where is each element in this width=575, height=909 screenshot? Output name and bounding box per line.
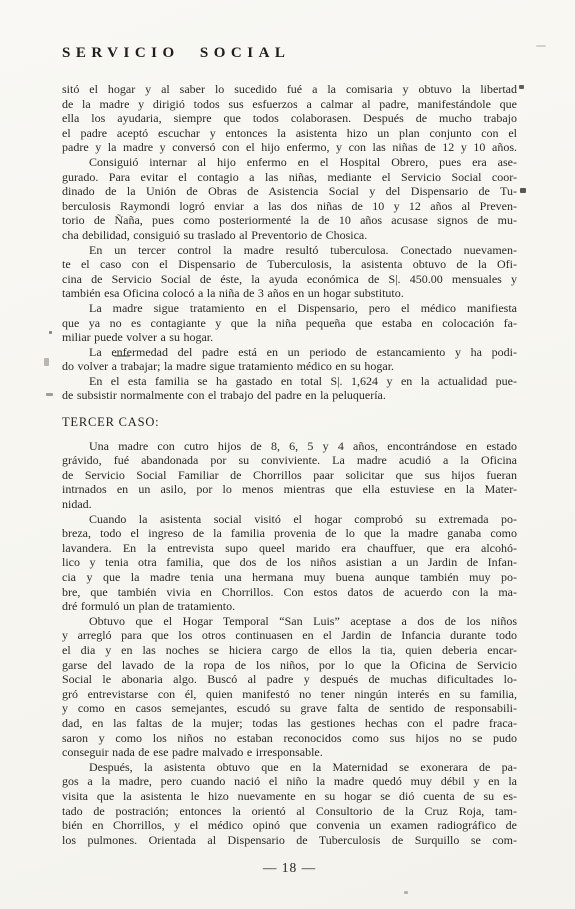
text-line: cina de Servicio Social de éste, la ayud… xyxy=(62,272,517,287)
text-line: padre y la madre y conversó con el hijo … xyxy=(62,140,517,155)
scan-speck xyxy=(49,331,52,334)
text-line: de la madre y dirigió todos sus esfuerzo… xyxy=(62,97,517,112)
text-line: En un tercer control la madre resultó tu… xyxy=(62,243,517,258)
scan-speck xyxy=(536,45,546,47)
text-line: sitó el hogar y al saber lo sucedido fué… xyxy=(62,82,517,97)
text-line: lavandera. En la entrevista supo queel m… xyxy=(62,541,517,556)
text-line: Cuando la asistenta social visitó el hog… xyxy=(62,512,517,527)
text-line: y como en casos semejantes, escudó su gr… xyxy=(62,701,517,716)
text-line: intrnados en un asilo, por lo menos mien… xyxy=(62,482,517,497)
text-line: garse del lavado de la ropa de los niños… xyxy=(62,658,517,673)
text-line: tado de postración; entonces la orientó … xyxy=(62,804,517,819)
document-content: sitó el hogar y al saber lo sucedido fué… xyxy=(62,82,517,847)
text-line: Obtuvo que el Hogar Temporal “San Luis” … xyxy=(62,614,517,629)
text-line: Una madre con cutro hijos de 8, 6, 5 y 4… xyxy=(62,439,517,454)
paragraph: La enfermedad del padre está en un perio… xyxy=(62,345,517,374)
paragraph: Una madre con cutro hijos de 8, 6, 5 y 4… xyxy=(62,439,517,512)
text-line: que ya no es contagiante y que la niña p… xyxy=(62,316,517,331)
paragraph: Cuando la asistenta social visitó el hog… xyxy=(62,512,517,614)
paragraph: Obtuvo que el Hogar Temporal “San Luis” … xyxy=(62,614,517,760)
text-line: grávido, fué abandonada por su convivien… xyxy=(62,453,517,468)
text-line: visita que la asistenta le hizo nuevamen… xyxy=(62,789,517,804)
text-line: berculosis Raymondi logró enviar a las d… xyxy=(62,199,517,214)
text-line: cha debilidad, consiguió su traslado al … xyxy=(62,228,517,243)
paragraph: La madre sigue tratamiento en el Dispens… xyxy=(62,301,517,345)
paragraph: Después, la asistenta obtuvo que en la M… xyxy=(62,760,517,848)
document-page: SERVICIO SOCIAL sitó el hogar y al saber… xyxy=(0,0,575,909)
text-line: el dia y en las noches se hiciera cargo … xyxy=(62,643,517,658)
text-line: gurado. Para evitar el contagio a las ni… xyxy=(62,170,517,185)
scan-speck xyxy=(520,188,526,193)
text-line: de subsistir normalmente con el trabajo … xyxy=(62,388,517,403)
text-line: también esa Oficina colocó a la niña de … xyxy=(62,286,517,301)
page-title: SERVICIO SOCIAL xyxy=(62,44,517,62)
text-line: nidad. xyxy=(62,497,517,512)
paragraph: En el esta familia se ha gastado en tota… xyxy=(62,374,517,403)
page-content: SERVICIO SOCIAL sitó el hogar y al saber… xyxy=(62,44,517,876)
text-line: el padre aceptó escuchar y entonces la a… xyxy=(62,126,517,141)
text-line: gos a la madre, pero cuando nació el niñ… xyxy=(62,774,517,789)
text-line: los pulmones. Orientada al Dispensario d… xyxy=(62,833,517,848)
text-line: saron y como los niños no estaban recono… xyxy=(62,731,517,746)
paragraph: sitó el hogar y al saber lo sucedido fué… xyxy=(62,82,517,155)
text-line: En el esta familia se ha gastado en tota… xyxy=(62,374,517,389)
text-line: Social le abonaria algo. Buscó al padre … xyxy=(62,672,517,687)
scan-speck xyxy=(519,85,524,89)
text-line: bién en Chorrillos, y el médico opinó qu… xyxy=(62,818,517,833)
text-line: La madre sigue tratamiento en el Dispens… xyxy=(62,301,517,316)
text-line: dré formuló un plan de tratamiento. xyxy=(62,599,517,614)
paragraph: Consiguió internar al hijo enfermo en el… xyxy=(62,155,517,243)
paragraph: En un tercer control la madre resultó tu… xyxy=(62,243,517,301)
text-line: de Servicio Social Familiar de Chorrillo… xyxy=(62,468,517,483)
text-line: conseguir nada de ese padre malvado e ir… xyxy=(62,745,517,760)
text-line: lico y tenia otra familia, que dos de lo… xyxy=(62,555,517,570)
text-line: bre, que también vivia en Chorrillos. Co… xyxy=(62,585,517,600)
text-line: breza, todo el ingreso de la familia pro… xyxy=(62,526,517,541)
text-line: torio de Ñaña, pues como posteriormenté … xyxy=(62,213,517,228)
text-line: do volver a trabajar; la madre sigue tra… xyxy=(62,359,517,374)
text-line: cia y que la madre tenia una hermana muy… xyxy=(62,570,517,585)
text-line: Después, la asistenta obtuvo que en la M… xyxy=(62,760,517,775)
text-line: gró entrevistarse con él, quien manifest… xyxy=(62,687,517,702)
scan-speck xyxy=(114,355,130,357)
text-line: Consiguió internar al hijo enfermo en el… xyxy=(62,155,517,170)
text-line: miliar puede volver a su hogar. xyxy=(62,330,517,345)
text-line: ella los ayudaria, siempre que todos col… xyxy=(62,111,517,126)
text-line: te el caso con el Dispensario de Tubercu… xyxy=(62,257,517,272)
text-line: La enfermedad del padre está en un perio… xyxy=(62,345,517,360)
scan-speck xyxy=(46,393,53,396)
page-number: — 18 — xyxy=(62,860,517,876)
scan-speck xyxy=(404,891,408,894)
text-line: y arregló para que los otros continuasen… xyxy=(62,628,517,643)
text-line: dad, en las faltas de la mujer; todas la… xyxy=(62,716,517,731)
section-heading: TERCER CASO: xyxy=(62,415,517,430)
text-line: dinado de la Unión de Obras de Asistenci… xyxy=(62,184,517,199)
scan-speck xyxy=(44,358,49,366)
